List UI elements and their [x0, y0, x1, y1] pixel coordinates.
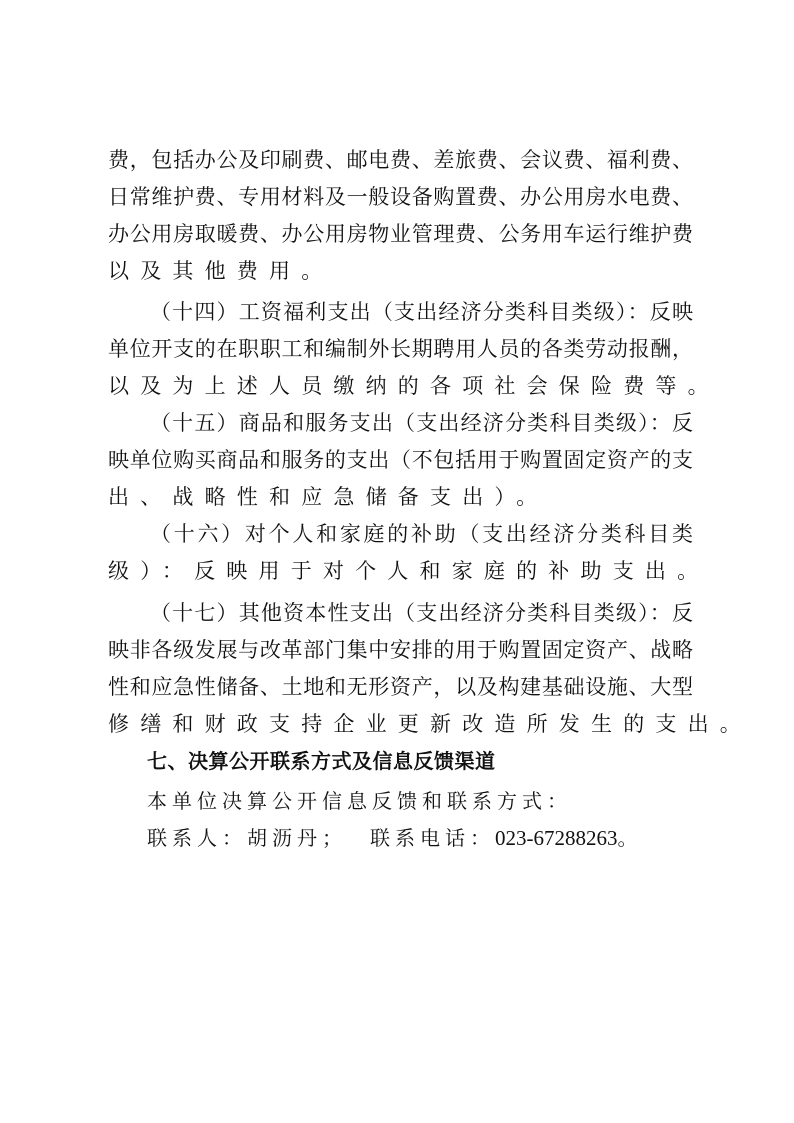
paragraph-line: 日常维护费、专用材料及一般设备购置费、办公用房水电费、	[108, 181, 693, 213]
phone-end: 。	[618, 826, 643, 850]
paragraph-line: 级）：反映用于对个人和家庭的补助支出。	[108, 555, 708, 587]
paragraph-line: 修缮和财政支持企业更新改造所发生的支出。	[108, 708, 708, 740]
paragraph-line: 以及其他费用。	[108, 255, 708, 287]
item-17-title-line: （十七）其他资本性支出（支出经济分类科目类级）：反	[150, 597, 693, 629]
item-16-title-line: （十六）对个人和家庭的补助（支出经济分类科目类	[150, 518, 693, 550]
paragraph-line: 映非各级发展与改革部门集中安排的用于购置固定资产、战略	[108, 634, 693, 666]
paragraph-line: 单位开支的在职职工和编制外长期聘用人员的各类劳动报酬，	[108, 333, 693, 365]
paragraph-line: 映单位购买商品和服务的支出（不包括用于购置固定资产的支	[108, 444, 693, 476]
contact-phone: 联系电话：023-67288263。	[370, 822, 643, 854]
section-heading: 七、决算公开联系方式及信息反馈渠道	[147, 745, 496, 777]
paragraph-line: 性和应急性储备、土地和无形资产，以及构建基础设施、大型	[108, 671, 693, 703]
paragraph-line: 以及为上述人员缴纳的各项社会保险费等。	[108, 370, 708, 402]
document-page: 费，包括办公及印刷费、邮电费、差旅费、会议费、福利费、 日常维护费、专用材料及一…	[0, 0, 794, 1123]
contact-intro: 本单位决算公开信息反馈和联系方式：	[147, 785, 572, 817]
paragraph-line: 出、战略性和应急储备支出）。	[108, 481, 708, 513]
phone-label: 联系电话：	[370, 826, 495, 850]
paragraph-line: 办公用房取暖费、办公用房物业管理费、公务用车运行维护费	[108, 218, 693, 250]
phone-number: 023-67288263	[495, 826, 618, 850]
paragraph-line: 费，包括办公及印刷费、邮电费、差旅费、会议费、福利费、	[108, 144, 693, 176]
contact-person: 联系人：胡沥丹；	[147, 822, 347, 854]
item-15-title-line: （十五）商品和服务支出（支出经济分类科目类级）：反	[150, 407, 693, 439]
item-14-title-line: （十四）工资福利支出（支出经济分类科目类级）：反映	[150, 296, 693, 328]
